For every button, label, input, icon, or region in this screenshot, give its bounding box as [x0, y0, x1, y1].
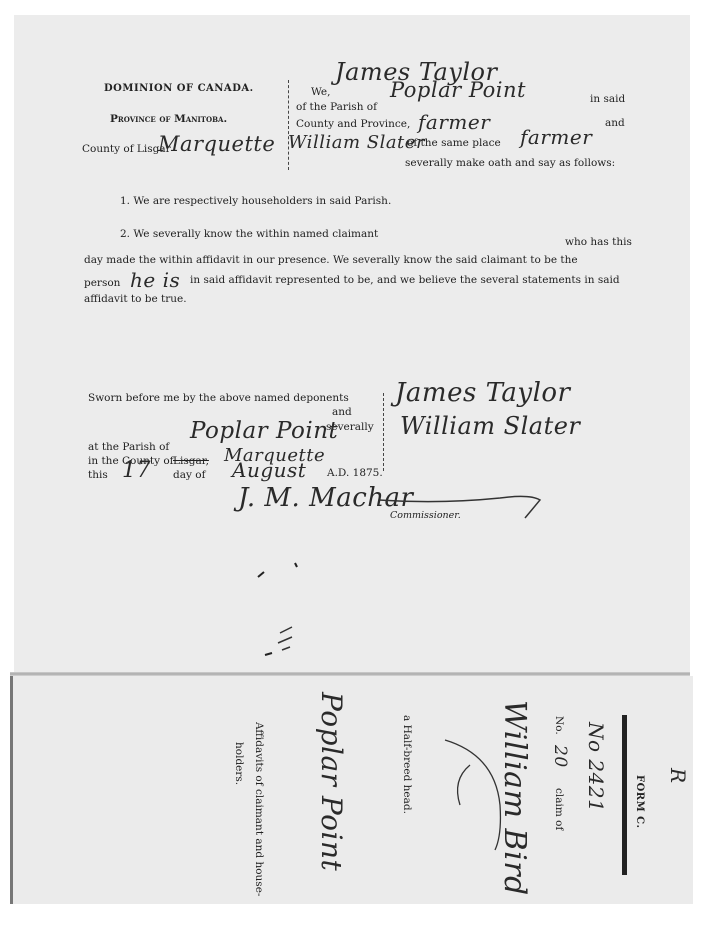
statement-1: 1. We are respectively householders in s… — [120, 195, 391, 207]
in-said-label: in said — [590, 93, 625, 105]
signature-deponent1: James Taylor — [395, 378, 570, 408]
day-handwritten: 17 — [122, 458, 151, 483]
deponent2-name: William Slater — [288, 132, 425, 153]
occupation2: farmer — [520, 125, 592, 149]
who-has-this: who has this — [565, 236, 632, 248]
year-text: A.D. 1875. — [327, 467, 383, 479]
statement-line4: in said affidavit represented to be, and… — [190, 274, 620, 286]
at-parish-label: at the Parish of — [88, 441, 169, 453]
sworn-line: Sworn before me by the above named depon… — [88, 392, 349, 404]
form-rule — [622, 715, 627, 875]
county-province-label: County and Province, — [296, 118, 410, 130]
statement-2: 2. We severally know the within named cl… — [120, 228, 378, 240]
at-parish-handwritten: Poplar Point — [190, 418, 338, 444]
we-label: We, — [311, 86, 331, 98]
same-place-label: of the same place — [407, 137, 501, 149]
form-label: FORM C. — [634, 775, 645, 828]
dominion-heading: DOMINION OF CANADA. — [104, 83, 254, 94]
month-handwritten: August — [232, 458, 306, 482]
person-label: person — [84, 277, 120, 289]
docket-bracket — [440, 735, 510, 855]
parish-label: of the Parish of — [296, 101, 377, 113]
docket-parish: Poplar Point — [315, 692, 348, 871]
claim-number: 20 — [550, 745, 570, 768]
no-label: No. — [553, 716, 565, 735]
statement-line5: affidavit to be true. — [84, 293, 187, 305]
affidavits-label-2: holders. — [233, 742, 245, 785]
and-label: and — [605, 117, 625, 129]
oath-text: severally make oath and say as follows: — [405, 157, 615, 169]
county-struck: Lisgar, — [173, 455, 209, 467]
parish-handwritten: Poplar Point — [390, 78, 526, 102]
this-label: this — [88, 469, 108, 481]
signature-deponent2: William Slater — [400, 412, 580, 440]
jurat-brace — [383, 393, 384, 471]
province-heading: Province of Manitoba. — [110, 113, 227, 125]
affidavits-label: Affidavits of claimant and house- — [253, 722, 265, 896]
county-handwritten: Marquette — [158, 132, 275, 156]
day-of-label: day of — [173, 469, 205, 481]
occupation1: farmer — [418, 110, 490, 134]
statement-line3: day made the within affidavit in our pre… — [84, 254, 578, 266]
claim-of-label: claim of — [553, 788, 565, 830]
person-handwritten: he is — [130, 268, 180, 292]
commissioner-label: Commissioner. — [390, 510, 461, 521]
file-number: No 2421 — [584, 722, 608, 812]
halfbreed-label: a Half-breed head. — [401, 715, 413, 814]
jurat-and: and — [332, 406, 352, 418]
stray-ink-marks — [250, 555, 310, 665]
header-brace — [288, 80, 289, 170]
docket-initial: R — [666, 768, 690, 784]
